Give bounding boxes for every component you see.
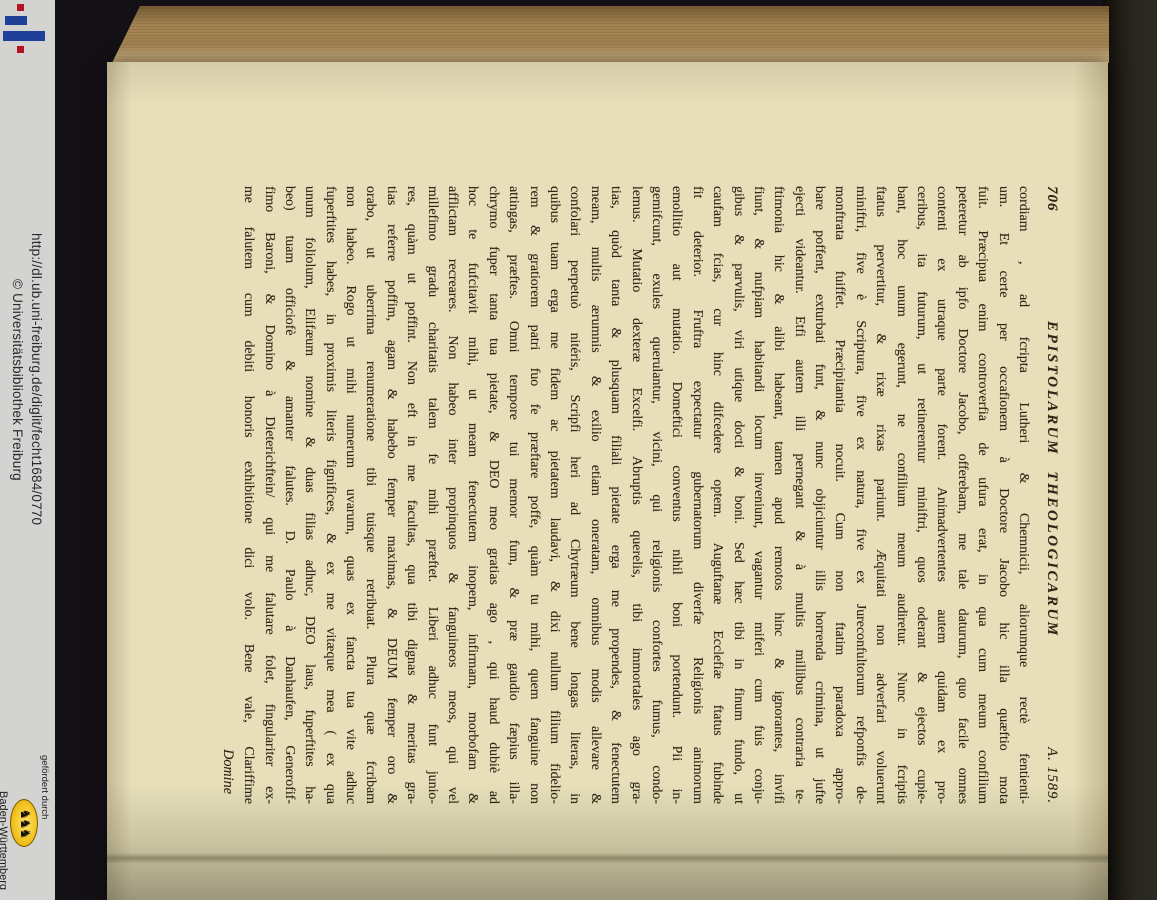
text-line: attingas, præftes. Omni tempore tui memo… <box>503 186 523 804</box>
text-line: tias, quòd tanta & plusquam filiali piet… <box>605 186 625 804</box>
text-line: lemus. Mutatio dexteræ Excelfi. Abruptis… <box>625 186 645 804</box>
text-line: unum foliolum, Elifæum nomine & duas fil… <box>299 186 319 804</box>
text-line: tias referre poffim, agam & habebo fempe… <box>381 186 401 804</box>
baden-wuerttemberg-coat-of-arms-icon: ♞♞♞ <box>10 799 38 847</box>
background-shadow-right <box>1103 0 1157 900</box>
logo-red-square-bottom <box>17 46 24 53</box>
text-line: rem & gratiorem patri fuo fe præftare po… <box>523 186 543 804</box>
text-line: quibus tuam erga me fidem ac pietatem la… <box>544 186 564 804</box>
text-line: meam, multis ærumnis & exilio etiam oner… <box>584 186 604 804</box>
text-line: monftrata fuiffet. Præcipitantia nocuit.… <box>829 186 849 804</box>
logo-red-square-top <box>17 4 24 11</box>
text-line: fiunt, & nufpiam habitandi locum inveniu… <box>748 186 768 804</box>
copyright-notice: © Universitätsbibliothek Freiburg <box>10 279 25 481</box>
text-line: miniftri, five è Scriptura, five ex natu… <box>849 186 869 804</box>
text-line: ceribus, ita futurum, ut retinerentur mi… <box>911 186 931 804</box>
page-title: EPISTOLARUM THEOLOGICARUM <box>1042 212 1062 748</box>
text-line: bare poffent, exturbati funt, & nunc obj… <box>809 186 829 804</box>
page-crease <box>107 853 1108 863</box>
text-line: non habeo. Rogo ut mihi numerum uvarum, … <box>340 186 360 804</box>
text-line: hoc te fufcitavit mihi, ut meam fenectut… <box>462 186 482 804</box>
text-line: millefimo gradu charitatis talem fe mihi… <box>421 186 441 804</box>
logo-blue-bar-short <box>5 16 27 25</box>
text-line: um. Et certe per occafionem à Doctore Ja… <box>992 186 1012 804</box>
page-header: 706 EPISTOLARUM THEOLOGICARUM A. 1589. <box>1038 186 1062 804</box>
ub-freiburg-logo-icon <box>0 0 55 60</box>
body-text: cordiam , ad fcripta Lutheri & Chemnicii… <box>238 186 1033 804</box>
funding-region: Baden-Württemberg <box>0 791 9 900</box>
text-line: afflictam recreares. Non habeo inter pro… <box>442 186 462 804</box>
catchword: Domine <box>217 186 237 804</box>
text-line: fimo Baroni, & Domino à Dieterichftein/ … <box>258 186 278 804</box>
text-line: chrymo fuper tanta tua pietate, & DEO me… <box>482 186 502 804</box>
page-year: A. 1589. <box>1042 747 1062 804</box>
text-line: confolari perpetuò nitéris, Scripfi heri… <box>564 186 584 804</box>
text-line: bant, hoc unum egerunt, ne confilium meu… <box>890 186 910 804</box>
text-line: caufam fcias, cur hinc difcedere optem. … <box>707 186 727 804</box>
text-line: ejecti videantur. Etfi autem illi perneg… <box>788 186 808 804</box>
book-fore-edge <box>112 6 1109 63</box>
text-line: ftatus pervertitur, & rixæ rixas pariunt… <box>870 186 890 804</box>
text-line: contenti ex utraque parte forent. Animad… <box>931 186 951 804</box>
page-number: 706 <box>1042 186 1062 212</box>
three-lions-icon: ♞♞♞ <box>17 809 32 838</box>
source-url: http://dl.ub.uni-freiburg.de/diglit/fech… <box>29 233 44 525</box>
text-line: orabo, ut uberrima renumeratione tibi tu… <box>360 186 380 804</box>
text-line: beo) tuam officiofè & amanter falutes. D… <box>279 186 299 804</box>
funding-label: gefördert durch <box>39 755 50 900</box>
text-line: ftimonia hic & alibi habeant, tamen apud… <box>768 186 788 804</box>
library-sidebar: http://dl.ub.uni-freiburg.de/diglit/fech… <box>0 0 55 900</box>
text-line: cordiam , ad fcripta Lutheri & Chemnicii… <box>1013 186 1033 804</box>
logo-blue-bar-long <box>3 31 45 41</box>
text-line: res, quàm ut poffint. Non eft in me facu… <box>401 186 421 804</box>
printed-text-block: 706 EPISTOLARUM THEOLOGICARUM A. 1589. c… <box>206 186 1062 804</box>
funding-block: gefördert durch ♞♞♞ Baden-Württemberg <box>0 753 50 900</box>
text-line: fuperftites habes, in proximis literis f… <box>319 186 339 804</box>
text-line: fuit. Præcipua enim controverfia de ufur… <box>972 186 992 804</box>
text-line: gibus & parvulis, viri utique docti & bo… <box>727 186 747 804</box>
text-line: fit deterior. Fruftra expectatur guberna… <box>686 186 706 804</box>
text-line: gemifcunt, exules querulantur, vicini, q… <box>646 186 666 804</box>
text-line: me falutem cum debiti honoris exhibition… <box>238 186 258 804</box>
text-line: emollitio aut mutatio. Domeftici convent… <box>666 186 686 804</box>
text-line: peteretur ab ipfo Doctore Jacobo, offere… <box>951 186 971 804</box>
